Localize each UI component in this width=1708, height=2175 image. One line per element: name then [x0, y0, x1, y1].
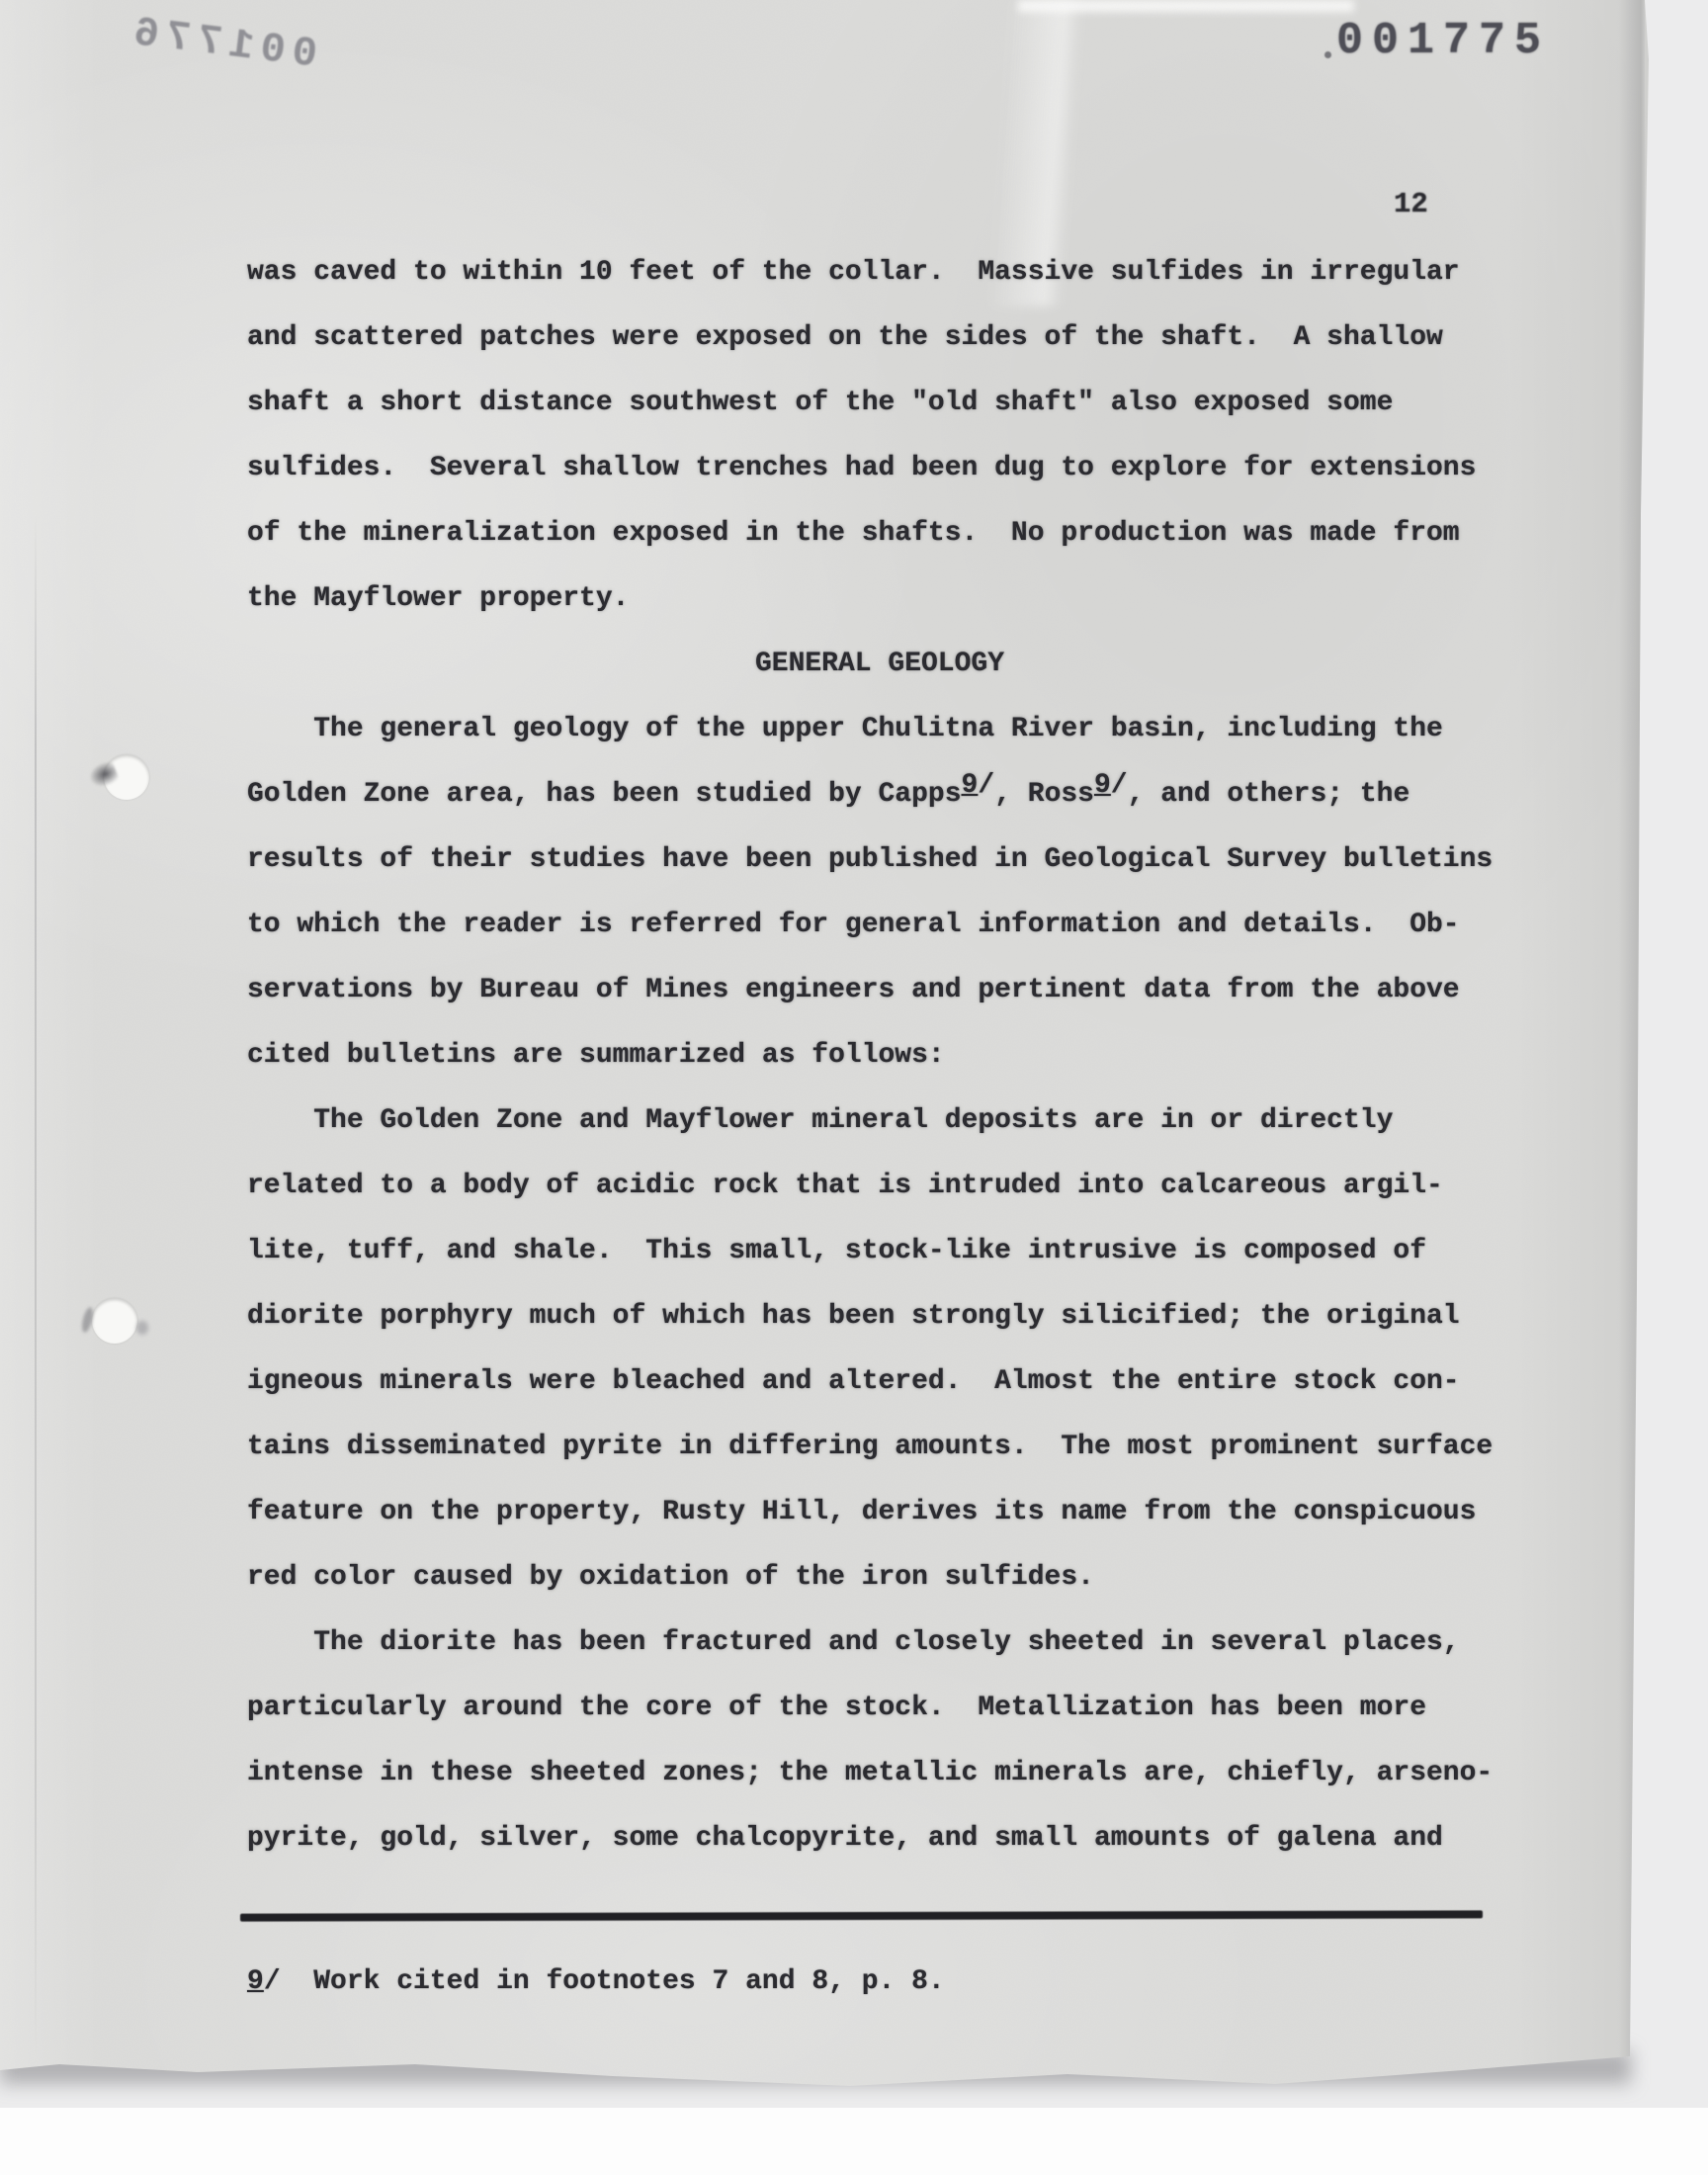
punch-hole-mark-right: [136, 1321, 148, 1335]
text-line: red color caused by oxidation of the iro…: [247, 1545, 1512, 1610]
text-segment: , Ross: [994, 779, 1094, 810]
text-line: intense in these sheeted zones; the meta…: [247, 1741, 1512, 1806]
text-segment: igneous minerals were bleached and alter…: [247, 1366, 1460, 1397]
text-segment: feature on the property, Rusty Hill, der…: [247, 1497, 1476, 1527]
text-line: igneous minerals were bleached and alter…: [247, 1349, 1512, 1415]
scanned-document-page: 001776 001775 12 was caved to within 10 …: [0, 0, 1708, 2175]
text-segment: sulfides. Several shallow trenches had b…: [247, 453, 1476, 483]
footnote-reference: /: [978, 770, 994, 801]
text-segment: to which the reader is referred for gene…: [247, 910, 1460, 940]
text-line: The general geology of the upper Chulitn…: [247, 697, 1512, 762]
text-segment: shaft a short distance southwest of the …: [247, 388, 1393, 418]
text-segment: related to a body of acidic rock that is…: [247, 1171, 1443, 1201]
text-line: tains disseminated pyrite in differing a…: [247, 1415, 1512, 1480]
text-line: pyrite, gold, silver, some chalcopyrite,…: [247, 1806, 1512, 1871]
text-segment: The diorite has been fractured and close…: [247, 1627, 1460, 1658]
text-line: sulfides. Several shallow trenches had b…: [247, 436, 1512, 501]
stamp-dot-mark: [1324, 51, 1331, 58]
page-number: 12: [1394, 188, 1428, 220]
bleedthrough-stamp-number: 001776: [125, 8, 320, 78]
text-segment: red color caused by oxidation of the iro…: [247, 1562, 1094, 1593]
footnote-text: Work cited in footnotes 7 and 8, p. 8.: [313, 1966, 945, 1997]
text-line: and scattered patches were exposed on th…: [247, 305, 1512, 371]
text-segment: cited bulletins are summarized as follow…: [247, 1040, 945, 1071]
text-line: shaft a short distance southwest of the …: [247, 371, 1512, 436]
footnote: 9/ Work cited in footnotes 7 and 8, p. 8…: [247, 1950, 945, 2015]
text-segment: GENERAL GEOLOGY: [755, 649, 1004, 679]
section-heading: GENERAL GEOLOGY: [247, 632, 1512, 697]
text-segment: diorite porphyry much of which has been …: [247, 1301, 1460, 1332]
text-line: The Golden Zone and Mayflower mineral de…: [247, 1088, 1512, 1154]
footnote-rule: [240, 1910, 1483, 1921]
text-line: Golden Zone area, has been studied by Ca…: [247, 762, 1512, 827]
text-segment: servations by Bureau of Mines engineers …: [247, 975, 1460, 1005]
footnote-reference: 9: [962, 770, 979, 801]
text-segment: The Golden Zone and Mayflower mineral de…: [247, 1105, 1393, 1136]
text-segment: particularly around the core of the stoc…: [247, 1693, 1426, 1723]
footnote-reference: /: [1111, 770, 1128, 801]
footnote-spacer: [281, 1966, 314, 1997]
footnote-marker-digit: 9: [247, 1966, 264, 1997]
footnote-reference: 9: [1094, 770, 1111, 801]
text-segment: and scattered patches were exposed on th…: [247, 322, 1443, 353]
text-segment: The general geology of the upper Chulitn…: [247, 714, 1443, 744]
text-line: of the mineralization exposed in the sha…: [247, 501, 1512, 566]
text-line: the Mayflower property.: [247, 566, 1512, 632]
text-segment: , and others; the: [1128, 779, 1410, 810]
text-line: The diorite has been fractured and close…: [247, 1610, 1512, 1676]
footnote-marker-slash: /: [264, 1966, 281, 1997]
punch-hole-bottom: [92, 1298, 137, 1344]
text-segment: pyrite, gold, silver, some chalcopyrite,…: [247, 1823, 1443, 1854]
text-line: to which the reader is referred for gene…: [247, 893, 1512, 958]
paper-crease-highlight: [1018, 0, 1354, 12]
text-segment: was caved to within 10 feet of the colla…: [247, 257, 1460, 288]
body-text: was caved to within 10 feet of the colla…: [247, 240, 1512, 1871]
text-segment: the Mayflower property.: [247, 583, 629, 614]
document-id-stamp: 001775: [1336, 16, 1550, 66]
text-line: was caved to within 10 feet of the colla…: [247, 240, 1512, 305]
text-line: cited bulletins are summarized as follow…: [247, 1023, 1512, 1088]
text-line: related to a body of acidic rock that is…: [247, 1154, 1512, 1219]
text-segment: lite, tuff, and shale. This small, stock…: [247, 1236, 1426, 1266]
text-line: diorite porphyry much of which has been …: [247, 1284, 1512, 1349]
text-segment: intense in these sheeted zones; the meta…: [247, 1758, 1493, 1788]
paper-fold-line: [35, 514, 37, 2056]
text-line: feature on the property, Rusty Hill, der…: [247, 1480, 1512, 1545]
text-segment: results of their studies have been publi…: [247, 844, 1493, 875]
text-line: results of their studies have been publi…: [247, 827, 1512, 893]
text-segment: tains disseminated pyrite in differing a…: [247, 1432, 1493, 1462]
text-segment: Golden Zone area, has been studied by Ca…: [247, 779, 962, 810]
paper-sheet: 001776 001775 12 was caved to within 10 …: [0, 0, 1653, 2092]
text-line: servations by Bureau of Mines engineers …: [247, 958, 1512, 1023]
text-segment: of the mineralization exposed in the sha…: [247, 518, 1460, 549]
text-line: particularly around the core of the stoc…: [247, 1676, 1512, 1741]
text-line: lite, tuff, and shale. This small, stock…: [247, 1219, 1512, 1284]
